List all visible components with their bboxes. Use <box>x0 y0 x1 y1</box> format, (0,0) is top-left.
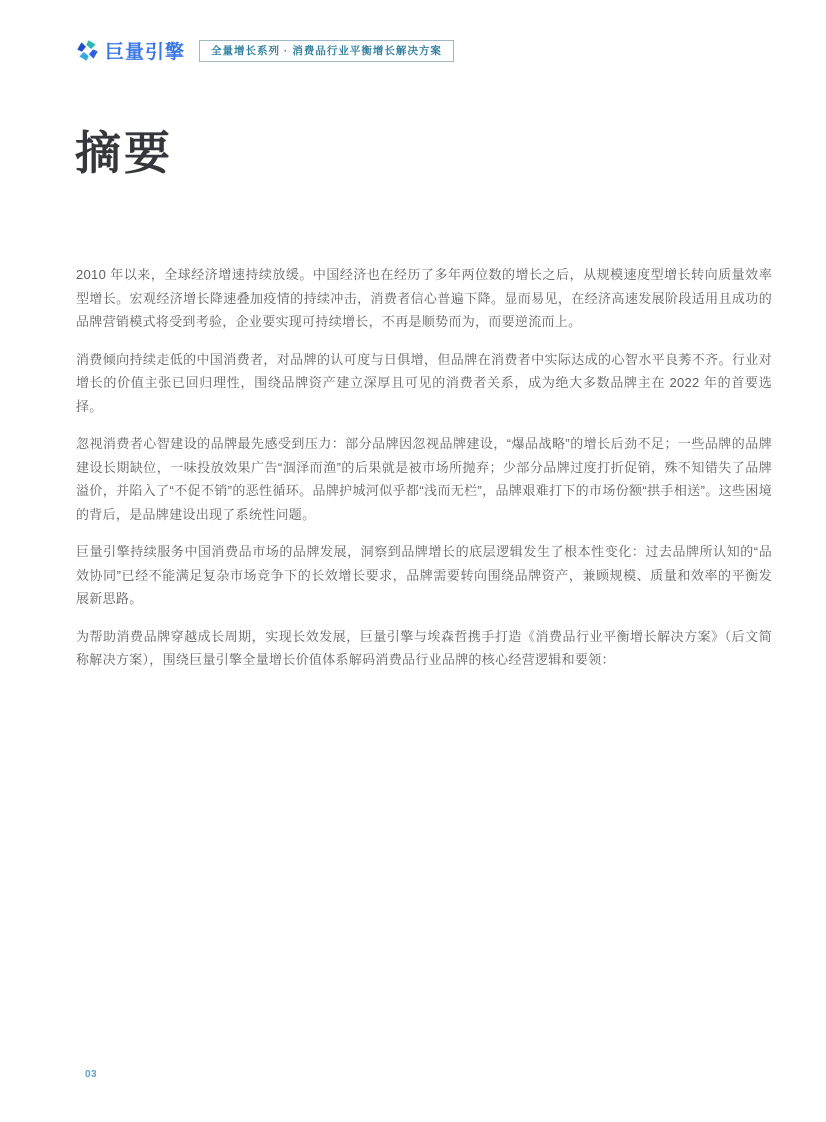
report-page: 巨量引擎 全量增长系列 · 消费品行业平衡增长解决方案 摘要 2010 年以来，… <box>0 0 826 1122</box>
oceanengine-logo-icon <box>75 38 100 63</box>
series-tagline: 全量增长系列 · 消费品行业平衡增长解决方案 <box>199 40 454 62</box>
page-number: 03 <box>85 1069 97 1080</box>
abstract-paragraph-4: 巨量引擎持续服务中国消费品市场的品牌发展，洞察到品牌增长的底层逻辑发生了根本性变… <box>76 540 772 611</box>
page-header: 巨量引擎 全量增长系列 · 消费品行业平衡增长解决方案 <box>75 37 454 64</box>
abstract-paragraph-5: 为帮助消费品牌穿越成长周期，实现长效发展，巨量引擎与埃森哲携手打造《消费品行业平… <box>76 625 772 672</box>
abstract-paragraph-2: 消费倾向持续走低的中国消费者，对品牌的认可度与日俱增，但品牌在消费者中实际达成的… <box>76 348 772 419</box>
abstract-paragraph-3: 忽视消费者心智建设的品牌最先感受到压力：部分品牌因忽视品牌建设，“爆品战略”的增… <box>76 432 772 526</box>
abstract-paragraph-1: 2010 年以来，全球经济增速持续放缓。中国经济也在经历了多年两位数的增长之后，… <box>76 263 772 334</box>
page-title: 摘要 <box>75 126 173 181</box>
abstract-body: 2010 年以来，全球经济增速持续放缓。中国经济也在经历了多年两位数的增长之后，… <box>76 263 772 686</box>
oceanengine-logo-text: 巨量引擎 <box>105 37 185 64</box>
